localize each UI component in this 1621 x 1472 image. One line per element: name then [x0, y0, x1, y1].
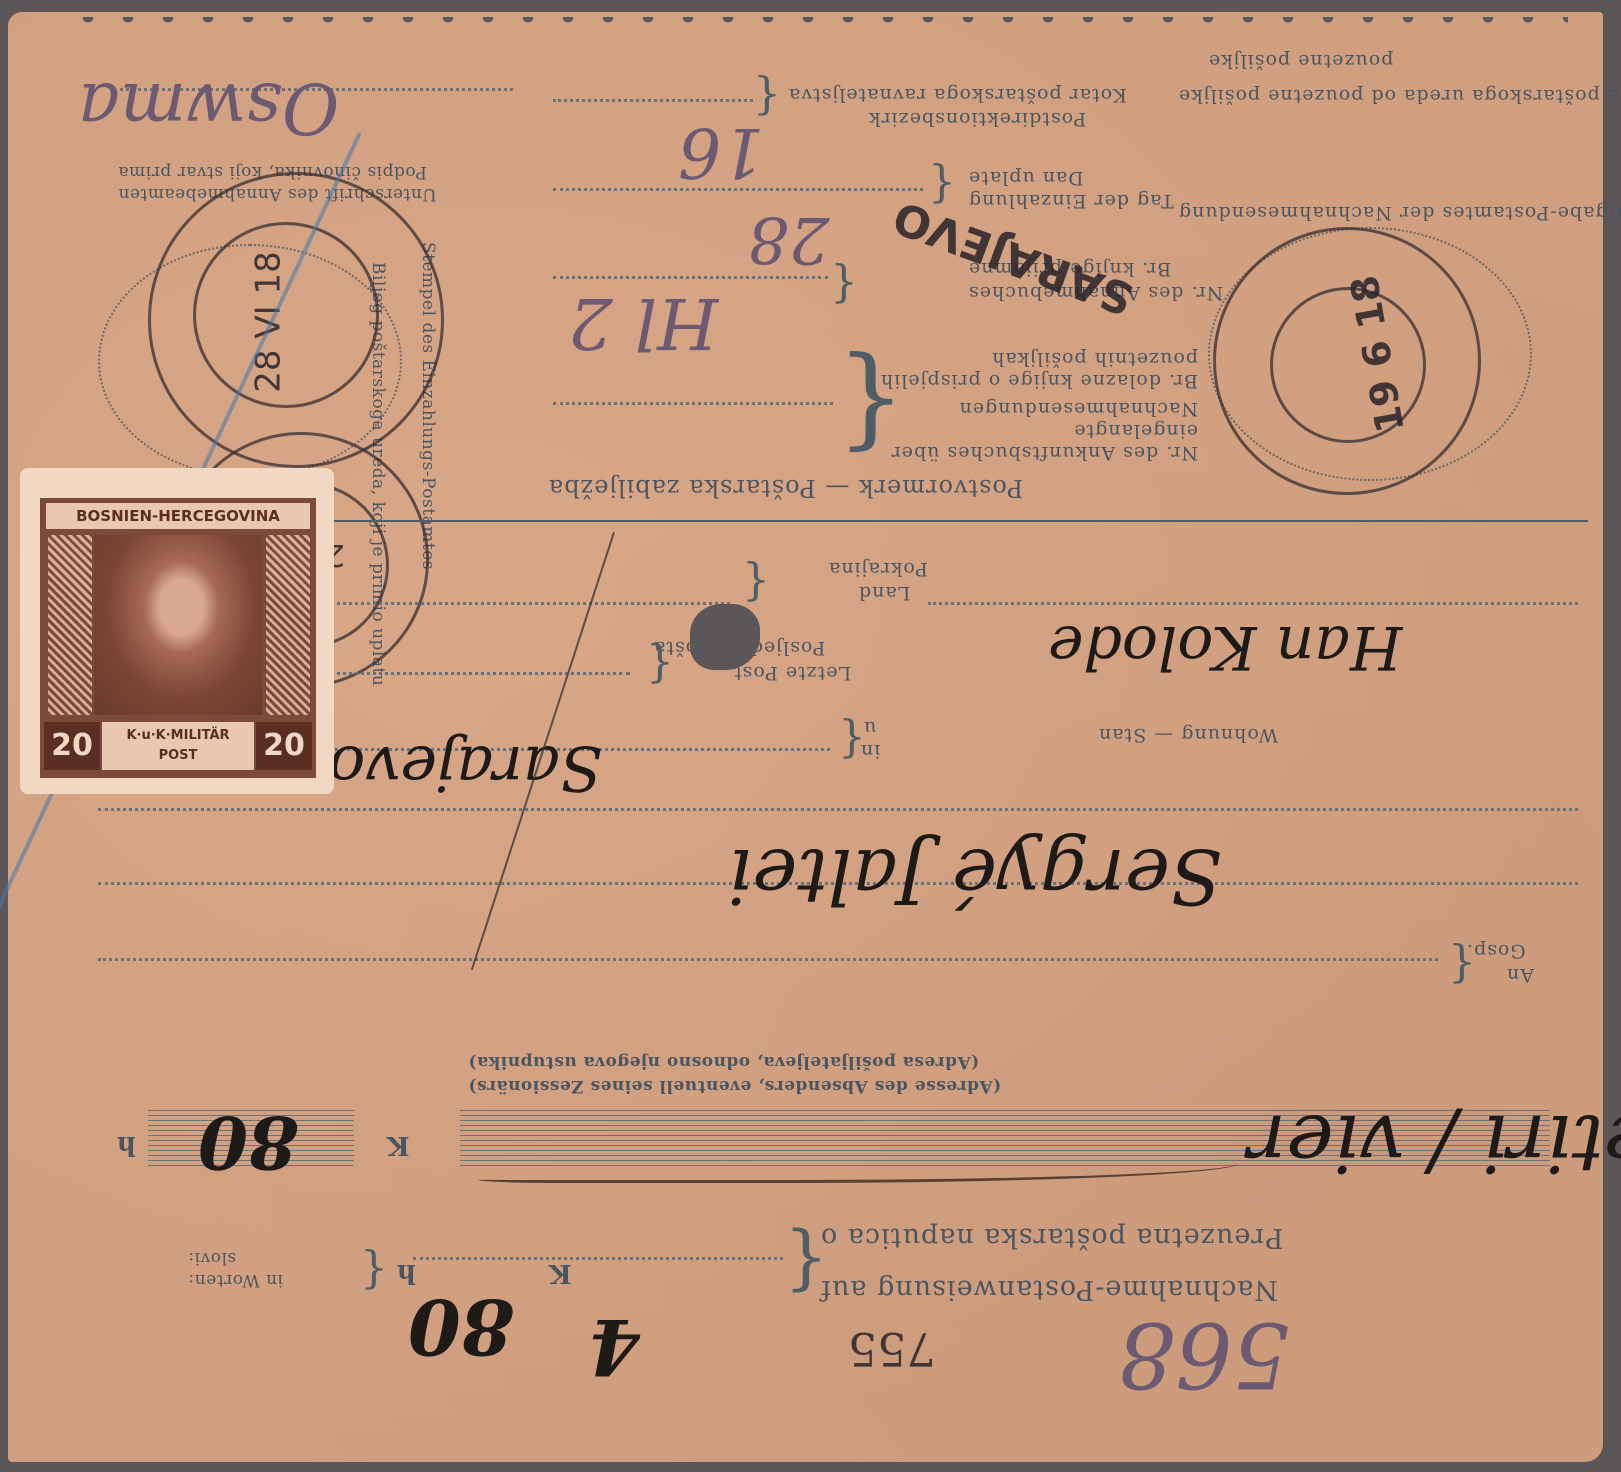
field-line-3	[553, 99, 753, 102]
title-hr: Preuzetna poštarska naputica o	[820, 1222, 1283, 1253]
field-value-2: 16	[678, 112, 765, 191]
stamped-number: 755	[848, 1322, 936, 1376]
field-de-3: Postdirektionsbezirk	[868, 108, 1086, 130]
header-amount-k-handwritten: 4	[588, 1302, 641, 1391]
field-value-0: Hl 2	[568, 282, 718, 364]
header-amount-line	[413, 1257, 783, 1260]
brace: {	[928, 162, 956, 206]
field-de-2: Tag der Einzahlung	[968, 190, 1174, 212]
punch-hole	[690, 604, 760, 670]
stamp-portrait	[94, 535, 262, 715]
postage-stamp: BOSNIEN-HERCEGOVINA 20 K·u·K·MILITÄR POS…	[22, 470, 332, 792]
field-hr-3: Kotar poštarskoga ravnateljstva	[788, 84, 1127, 106]
aufgabe-stamp-label-hr: Biljeg izdatnoga poštarskoga ureda od po…	[1178, 85, 1621, 107]
amount-box-currency-k: K	[386, 1130, 410, 1160]
section-title: Postvormerk — Poštarska zabilježba	[548, 474, 1023, 502]
city-handwritten: Sarajevo	[328, 732, 602, 805]
letzte-post-label: Letzte Post	[733, 662, 851, 684]
brace: {	[360, 1248, 388, 1292]
aufgabe-stamp-label-de: Stempel des Aufgabe-Postamtes der Nachna…	[1178, 202, 1621, 224]
wohnung-label: Wohnung — Stan	[1098, 724, 1278, 746]
aufgabe-label-hr-3: pouzetne pošiljke	[1208, 50, 1393, 72]
header-currency-k: K	[548, 1258, 572, 1288]
brace: {	[830, 262, 858, 306]
amount-box-h-handwritten: 80	[198, 1100, 298, 1185]
brace: {	[742, 560, 770, 604]
stamp-ornament-left	[48, 535, 92, 715]
brace: {	[838, 717, 866, 761]
section-divider	[328, 520, 1588, 522]
field-value-1: 28	[748, 202, 829, 276]
pokrajina-label: Pokrajina	[828, 558, 928, 580]
field-hr-2: Dan uplate	[968, 167, 1084, 189]
signature-handwritten: Oswma	[78, 67, 339, 149]
sender-caption-hr: (Adresa pošiljateljeva, odnosno njegova …	[468, 1052, 979, 1072]
stamp-value-right: 20	[256, 722, 312, 770]
postal-form: Oswma Unterschrift des Annahmebeamten Po…	[8, 12, 1603, 1462]
amount-strike-line	[478, 1150, 1238, 1183]
stamp-inscription: K·u·K·MILITÄR POST	[102, 722, 254, 770]
field-hr-0: Br. dolazne knjige o prispjelih pouzetni…	[858, 348, 1198, 392]
land-label: Land	[858, 582, 910, 604]
street-handwritten: Han Kolode	[1048, 612, 1402, 682]
stamp-inscription-line2: POST	[102, 746, 254, 766]
perforated-edge	[68, 17, 1568, 29]
brace: {	[646, 642, 674, 686]
brace: {	[836, 352, 906, 462]
stamp-ornament-right	[266, 535, 310, 715]
street-line	[928, 602, 1578, 605]
brace: {	[1448, 942, 1476, 986]
field-de-0: Nr. des Ankunftsbuches über eingelangte …	[858, 398, 1198, 464]
amount-words-label-de: in Worten:	[188, 1270, 283, 1290]
stamp-value-left: 20	[44, 722, 100, 770]
stamp-inscription-line1: K·u·K·MILITÄR	[102, 726, 254, 746]
an-label: An	[1506, 964, 1534, 986]
name-line	[98, 958, 1438, 961]
amount-words-handwritten: četiri / vier	[1248, 1097, 1621, 1190]
field-line-0	[553, 402, 833, 405]
header-amount-h-handwritten: 80	[408, 1282, 514, 1371]
amount-box-currency-h: h	[116, 1130, 136, 1160]
sender-caption-de: (Adresse des Absenders, eventuell seines…	[468, 1076, 1001, 1096]
amount-words-label-hr: slovi:	[188, 1248, 236, 1268]
name-handwritten: Sergyé Jaltei	[728, 832, 1222, 921]
land-line	[330, 602, 730, 605]
stamp-country: BOSNIEN-HERCEGOVINA	[46, 503, 310, 529]
letzte-post-line	[330, 672, 630, 675]
title-de: Nachnahme-Postanweisung auf	[820, 1274, 1278, 1305]
address-line-2	[98, 808, 1578, 811]
field-line-1	[553, 276, 828, 279]
pencil-number: 568	[1118, 1302, 1290, 1407]
